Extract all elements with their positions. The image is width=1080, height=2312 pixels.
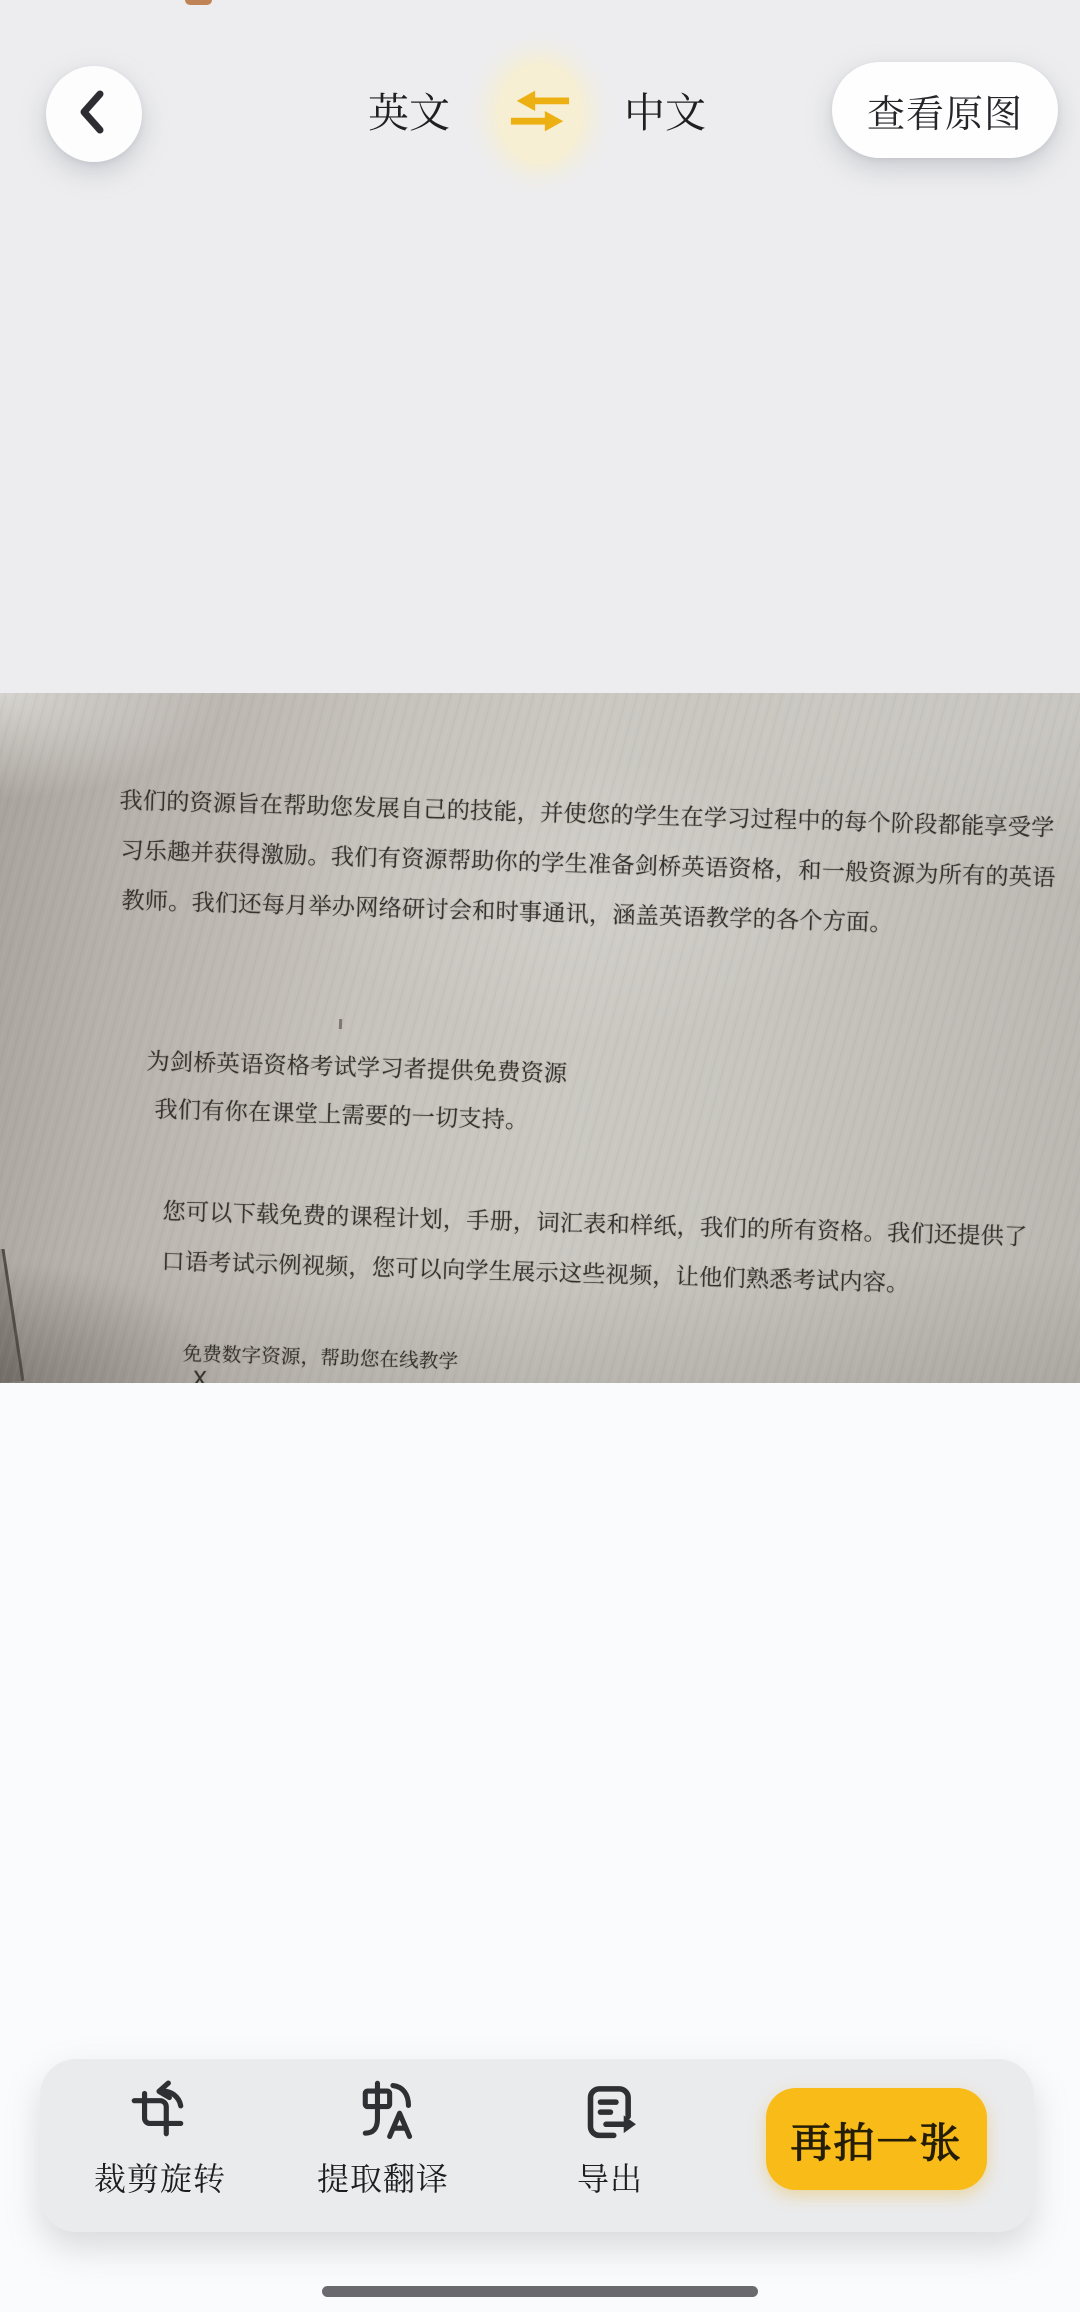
translated-text-line: 为剑桥英语资格考试学习者提供免费资源 [146,1042,568,1088]
translate-icon [352,2127,414,2146]
translated-text-line: 习乐趣并获得激励。我们有资源帮助你的学生准备剑桥英语资格，和一般资源为所有的英语 [120,831,1056,893]
photo-cursor-artifact [339,1019,342,1029]
screen-edge-artifact [0,1249,40,1383]
translated-text-line: 口语考试示例视频，您可以向学生展示这些视频，让他们熟悉考试内容。 [161,1242,910,1298]
home-indicator-bar[interactable] [322,2286,758,2297]
camera-notch-sliver [185,0,212,5]
top-bar: 英文 中文 查看原图 [0,0,1080,693]
export-label[interactable]: 导出 [577,2154,643,2200]
translated-text-partial: X [192,1367,207,1383]
translated-text-line: 教师。我们还每月举办网络研讨会和时事通讯，涵盖英语教学的各个方面。 [121,881,893,938]
app-screen: 英文 中文 查看原图 我们的资源旨在帮助您发展自己的技能，并使您的学生在学习过程… [0,0,1080,2312]
swap-languages-button[interactable] [497,62,583,164]
translated-text-line: 我们的资源旨在帮助您发展自己的技能，并使您的学生在学习过程中的每个阶段都能享受学 [119,781,1055,843]
translated-text-line: 您可以下载免费的课程计划，手册，词汇表和样纸，我们的所有资格。我们还提供了 [162,1192,1028,1252]
extract-translate-button[interactable] [352,2080,414,2146]
translated-text-line: 免费数字资源，帮助您在线教学 [182,1338,459,1374]
target-language-label[interactable]: 中文 [624,84,706,142]
extract-translate-label[interactable]: 提取翻译 [317,2154,449,2200]
translated-photo-preview[interactable]: 我们的资源旨在帮助您发展自己的技能，并使您的学生在学习过程中的每个阶段都能享受学… [0,693,1080,1383]
translated-text-line: 我们有你在课堂上需要的一切支持。 [154,1090,529,1135]
retake-photo-button[interactable]: 再拍一张 [766,2088,987,2190]
export-button[interactable] [575,2080,637,2146]
back-button[interactable] [46,66,142,162]
chevron-left-icon [72,86,116,142]
view-original-label: 查看原图 [867,83,1023,138]
retake-photo-label: 再拍一张 [791,2110,963,2169]
crop-rotate-button[interactable] [127,2080,189,2146]
export-document-icon [575,2127,637,2146]
view-original-button[interactable]: 查看原图 [832,62,1058,158]
crop-rotate-icon [127,2127,189,2146]
language-swap-arrows-icon [509,88,571,138]
source-language-label[interactable]: 英文 [368,84,450,142]
crop-rotate-label[interactable]: 裁剪旋转 [94,2154,226,2200]
